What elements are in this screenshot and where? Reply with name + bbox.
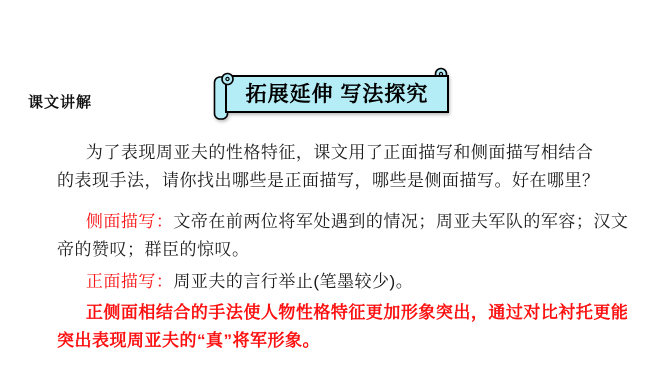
side-description-line-2: 帝的赞叹；群臣的惊叹。 xyxy=(57,236,657,264)
side-description-text-1: 文帝在前两位将军处遇到的情况；周亚夫军队的军容；汉文 xyxy=(173,212,628,231)
banner-scroll: 拓展延伸 写法探究 xyxy=(213,64,455,122)
front-description-paragraph: 正面描写：周亚夫的言行举止(笔墨较少)。 xyxy=(57,268,657,296)
side-description-line-1: 侧面描写：文帝在前两位将军处遇到的情况；周亚夫军队的军容；汉文 xyxy=(57,208,657,236)
front-description-label: 正面描写： xyxy=(86,272,174,291)
side-description-label: 侧面描写： xyxy=(86,212,174,231)
side-description-paragraph: 侧面描写：文帝在前两位将军处遇到的情况；周亚夫军队的军容；汉文 帝的赞叹；群臣的… xyxy=(57,208,657,264)
body-text: 为了表现周亚夫的性格特征，课文用了正面描写和侧面描写相结合 的表现手法，请你找出… xyxy=(57,139,657,355)
slide-background: 课文讲解 拓展延伸 写法探究 为了表现周亚夫的性格特征，课文用了正面描写和侧面描… xyxy=(0,0,668,376)
summary-line-2: 突出表现周亚夫的“真”将军形象。 xyxy=(57,327,657,355)
front-description-line: 正面描写：周亚夫的言行举止(笔墨较少)。 xyxy=(57,268,657,296)
banner-title: 拓展延伸 写法探究 xyxy=(226,75,448,111)
intro-line-1: 为了表现周亚夫的性格特征，课文用了正面描写和侧面描写相结合 xyxy=(57,139,657,167)
summary-paragraph: 正侧面相结合的手法使人物性格特征更加形象突出，通过对比衬托更能 突出表现周亚夫的… xyxy=(57,299,657,355)
intro-paragraph: 为了表现周亚夫的性格特征，课文用了正面描写和侧面描写相结合 的表现手法，请你找出… xyxy=(57,139,657,195)
section-label: 课文讲解 xyxy=(28,91,92,112)
intro-line-2: 的表现手法，请你找出哪些是正面描写，哪些是侧面描写。好在哪里？ xyxy=(57,167,657,195)
summary-line-1: 正侧面相结合的手法使人物性格特征更加形象突出，通过对比衬托更能 xyxy=(57,299,657,327)
front-description-text: 周亚夫的言行举止(笔墨较少)。 xyxy=(173,272,413,291)
